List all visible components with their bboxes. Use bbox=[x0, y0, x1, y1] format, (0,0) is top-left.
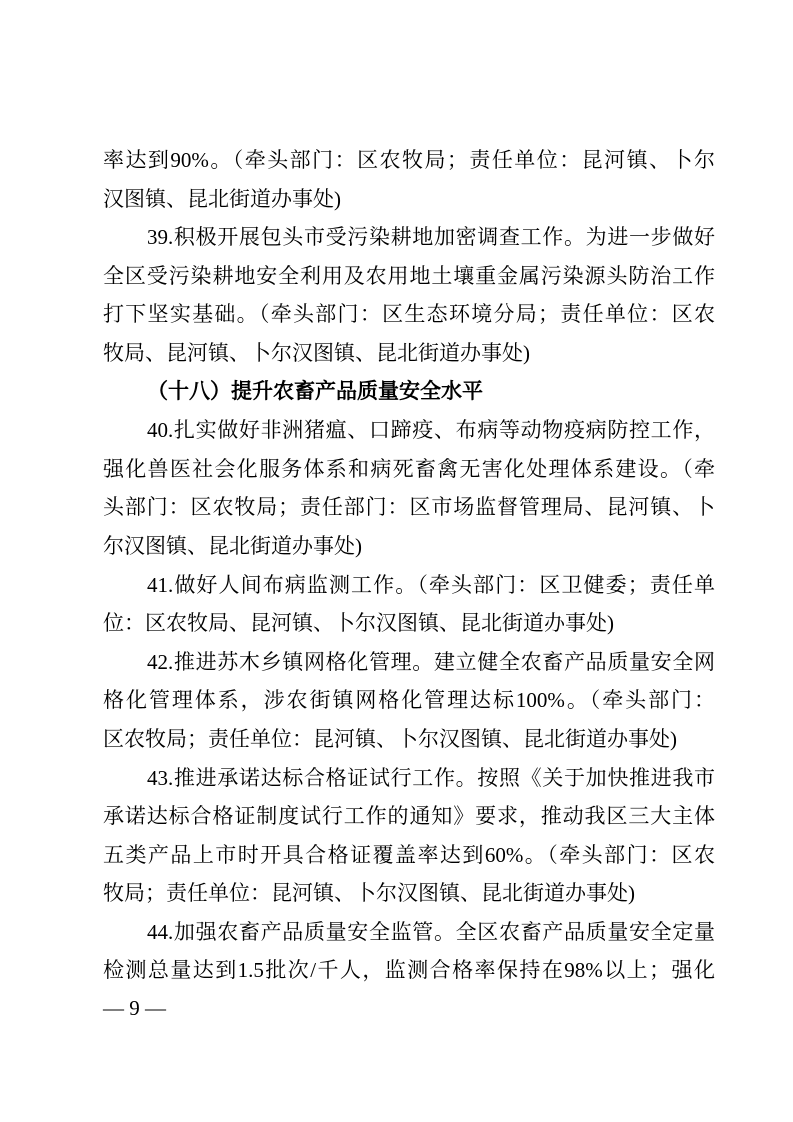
body-line: 区农牧局；责任单位：昆河镇、卜尔汉图镇、昆北街道办事处) bbox=[103, 720, 715, 759]
body-line: 43.推进承诺达标合格证试行工作。按照《关于加快推进我市 bbox=[103, 759, 715, 798]
body-line: 格化管理体系，涉农街镇网格化管理达标100%。（牵头部门： bbox=[103, 681, 715, 720]
body-line: 39.积极开展包头市受污染耕地加密调查工作。为进一步做好 bbox=[103, 218, 715, 257]
body-line: 全区受污染耕地安全利用及农用地土壤重金属污染源头防治工作 bbox=[103, 257, 715, 296]
section-heading: （十八）提升农畜产品质量安全水平 bbox=[103, 373, 715, 412]
body-line: 汉图镇、昆北街道办事处) bbox=[103, 180, 715, 219]
document-body: 率达到90%。（牵头部门：区农牧局；责任单位：昆河镇、卜尔 汉图镇、昆北街道办事… bbox=[103, 141, 715, 990]
document-page: 率达到90%。（牵头部门：区农牧局；责任单位：昆河镇、卜尔 汉图镇、昆北街道办事… bbox=[0, 0, 793, 1122]
body-line: 42.推进苏木乡镇网格化管理。建立健全农畜产品质量安全网 bbox=[103, 643, 715, 682]
body-line: 41.做好人间布病监测工作。（牵头部门：区卫健委；责任单 bbox=[103, 566, 715, 605]
body-line: 牧局、昆河镇、卜尔汉图镇、昆北街道办事处) bbox=[103, 334, 715, 373]
page-number: — 9 — bbox=[103, 996, 166, 1020]
body-line: 40.扎实做好非洲猪瘟、口蹄疫、布病等动物疫病防控工作， bbox=[103, 411, 715, 450]
body-line: 牧局；责任单位：昆河镇、卜尔汉图镇、昆北街道办事处) bbox=[103, 874, 715, 913]
body-line: 率达到90%。（牵头部门：区农牧局；责任单位：昆河镇、卜尔 bbox=[103, 141, 715, 180]
body-line: 头部门：区农牧局；责任部门：区市场监督管理局、昆河镇、卜 bbox=[103, 488, 715, 527]
body-line: 五类产品上市时开具合格证覆盖率达到60%。（牵头部门：区农 bbox=[103, 836, 715, 875]
body-line: 检测总量达到1.5批次/千人，监测合格率保持在98%以上；强化 bbox=[103, 951, 715, 990]
body-line: 承诺达标合格证制度试行工作的通知》要求，推动我区三大主体 bbox=[103, 797, 715, 836]
body-line: 尔汉图镇、昆北街道办事处) bbox=[103, 527, 715, 566]
body-line: 位：区农牧局、昆河镇、卜尔汉图镇、昆北街道办事处) bbox=[103, 604, 715, 643]
body-line: 打下坚实基础。（牵头部门：区生态环境分局；责任单位：区农 bbox=[103, 295, 715, 334]
body-line: 44.加强农畜产品质量安全监管。全区农畜产品质量安全定量 bbox=[103, 913, 715, 952]
body-line: 强化兽医社会化服务体系和病死畜禽无害化处理体系建设。（牵 bbox=[103, 450, 715, 489]
